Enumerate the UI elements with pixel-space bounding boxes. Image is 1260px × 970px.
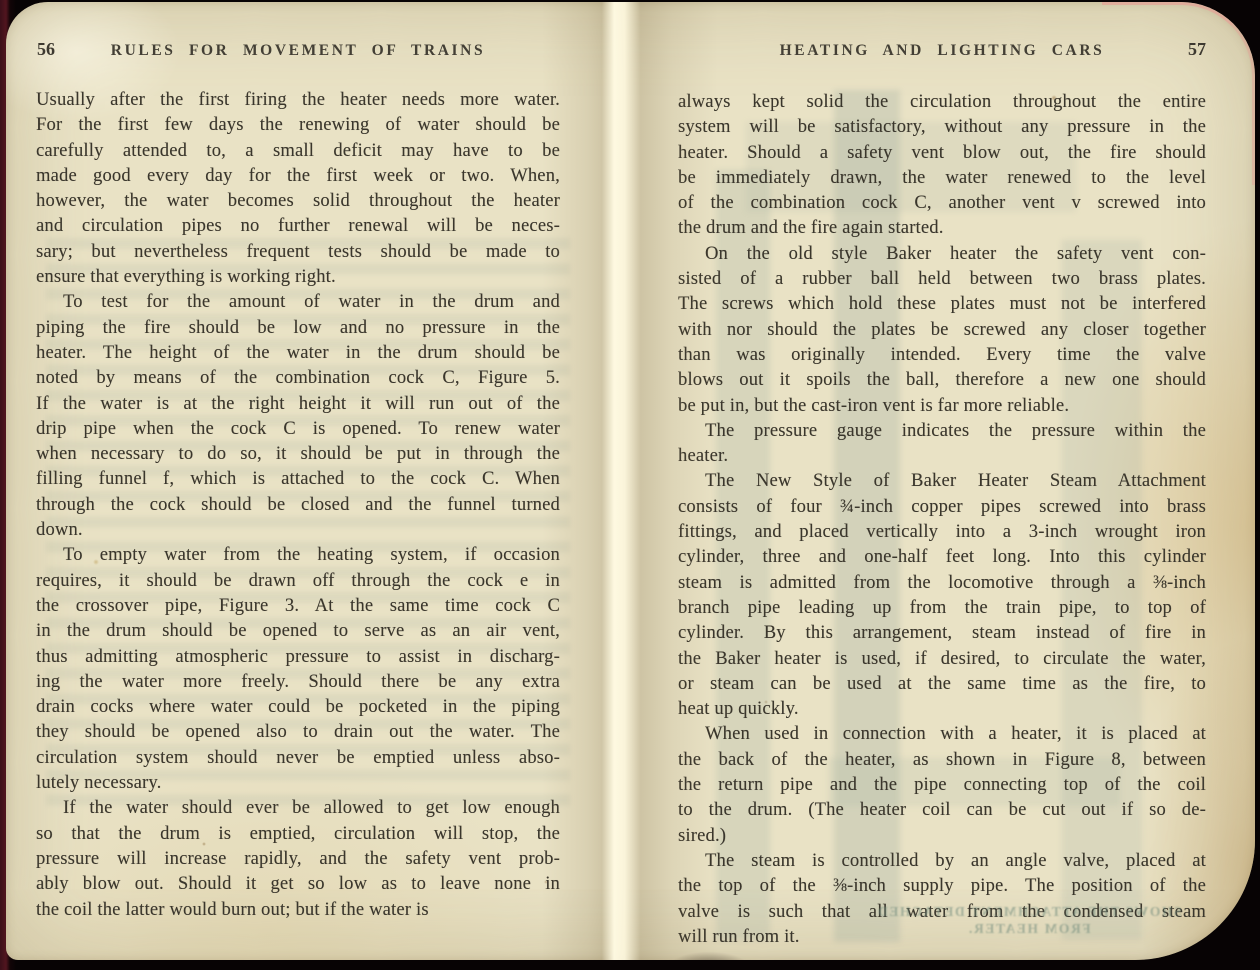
- text-line: the back of the heater, as shown in Figu…: [678, 748, 1206, 773]
- paragraph: If the water should ever be allowed to g…: [36, 796, 560, 922]
- paragraph: The steam is controlled by an angle valv…: [678, 849, 1206, 950]
- text-line: ing the water more freely. Should there …: [36, 670, 560, 695]
- text-line: consists of four ¾-inch copper pipes scr…: [678, 495, 1206, 520]
- text-line: pressure will increase rapidly, and the …: [36, 847, 560, 872]
- text-line: the coil the latter would burn out; but …: [36, 898, 560, 923]
- text-line: carefully attended to, a small deficit m…: [36, 139, 560, 164]
- text-line: drain cocks where water could be pockete…: [36, 695, 560, 720]
- text-column-right: always kept solid the circulation throug…: [678, 90, 1206, 950]
- text-line: to the drum. (The heater coil can be cut…: [678, 798, 1206, 823]
- text-column-left: Usually after the first firing the heate…: [36, 88, 560, 923]
- text-line: cylinder. By this arrangement, steam ins…: [678, 621, 1206, 646]
- text-line: drip pipe when the cock C is opened. To …: [36, 417, 560, 442]
- running-header-left: RULES FOR MOVEMENT OF TRAINS: [36, 42, 560, 60]
- book-spread: 56 RULES FOR MOVEMENT OF TRAINS Usually …: [6, 2, 1255, 960]
- text-line: On the old style Baker heater the safety…: [678, 242, 1206, 267]
- text-line: lutely necessary.: [36, 771, 560, 796]
- text-line: ensure that everything is working right.: [36, 265, 560, 290]
- text-line: If the water is at the right height it w…: [36, 392, 560, 417]
- text-line: The steam is controlled by an angle valv…: [678, 849, 1206, 874]
- text-line: heat up quickly.: [678, 697, 1206, 722]
- text-line: cylinder, three and one-half feet long. …: [678, 545, 1206, 570]
- text-line: Usually after the first firing the heate…: [36, 88, 560, 113]
- paragraph: To empty water from the heating system, …: [36, 543, 560, 796]
- text-line: The New Style of Baker Heater Steam Atta…: [678, 469, 1206, 494]
- text-line: When used in connection with a heater, i…: [678, 722, 1206, 747]
- text-line: system will be satisfactory, without any…: [678, 115, 1206, 140]
- text-line: If the water should ever be allowed to g…: [36, 796, 560, 821]
- text-line: valve is such that all water from the co…: [678, 900, 1206, 925]
- text-line: they should be opened also to drain out …: [36, 720, 560, 745]
- text-line: however, the water becomes solid through…: [36, 189, 560, 214]
- text-line: requires, it should be drawn off through…: [36, 569, 560, 594]
- text-line: the crossover pipe, Figure 3. At the sam…: [36, 594, 560, 619]
- text-line: The screws which hold these plates must …: [678, 292, 1206, 317]
- text-line: of the combination cock C, another vent …: [678, 191, 1206, 216]
- text-line: The pressure gauge indicates the pressur…: [678, 419, 1206, 444]
- text-line: down.: [36, 518, 560, 543]
- text-line: branch pipe leading up from the train pi…: [678, 596, 1206, 621]
- text-line: with nor should the plates be screwed an…: [678, 318, 1206, 343]
- paragraph: always kept solid the circulation throug…: [678, 90, 1206, 242]
- text-line: sisted of a rubber ball held between two…: [678, 267, 1206, 292]
- text-line: heater. The height of the water in the d…: [36, 341, 560, 366]
- text-line: through the cock should be closed and th…: [36, 493, 560, 518]
- text-line: the top of the ⅜-inch supply pipe. The p…: [678, 874, 1206, 899]
- paragraph: The pressure gauge indicates the pressur…: [678, 419, 1206, 470]
- text-line: the return pipe and the pipe connecting …: [678, 773, 1206, 798]
- text-line: ably blow out. Should it get so low as t…: [36, 872, 560, 897]
- text-line: or steam can be used at the same time as…: [678, 672, 1206, 697]
- text-line: To empty water from the heating system, …: [36, 543, 560, 568]
- text-line: steam is admitted from the locomotive th…: [678, 571, 1206, 596]
- text-line: than was originally intended. Every time…: [678, 343, 1206, 368]
- text-line: so that the drum is emptied, circulation…: [36, 822, 560, 847]
- text-line: sary; but nevertheless frequent tests sh…: [36, 240, 560, 265]
- text-line: filling funnel f, which is attached to t…: [36, 467, 560, 492]
- paragraph: To test for the amount of water in the d…: [36, 290, 560, 543]
- text-line: For the first few days the renewing of w…: [36, 113, 560, 138]
- text-line: piping the fire should be low and no pre…: [36, 316, 560, 341]
- page-number-right: 57: [678, 39, 1206, 60]
- text-line: will run from it.: [678, 925, 1206, 950]
- paragraph: When used in connection with a heater, i…: [678, 722, 1206, 848]
- text-line: and circulation pipes no further renewal…: [36, 214, 560, 239]
- text-line: in the drum should be opened to serve as…: [36, 619, 560, 644]
- text-line: heater.: [678, 444, 1206, 469]
- text-line: always kept solid the circulation throug…: [678, 90, 1206, 115]
- text-line: heater. Should a safety vent blow out, t…: [678, 141, 1206, 166]
- text-line: made good every day for the first week o…: [36, 164, 560, 189]
- text-line: noted by means of the combination cock C…: [36, 366, 560, 391]
- text-line: fittings, and placed vertically into a 3…: [678, 520, 1206, 545]
- text-line: circulation system should never be empti…: [36, 746, 560, 771]
- text-line: blows out it spoils the ball, therefore …: [678, 368, 1206, 393]
- text-line: be put in, but the cast-iron vent is far…: [678, 394, 1206, 419]
- text-line: sired.): [678, 824, 1206, 849]
- text-line: be immediately drawn, the water renewed …: [678, 166, 1206, 191]
- text-line: To test for the amount of water in the d…: [36, 290, 560, 315]
- text-line: when necessary to do so, it should be pu…: [36, 442, 560, 467]
- text-line: the Baker heater is used, if desired, to…: [678, 647, 1206, 672]
- paragraph: The New Style of Baker Heater Steam Atta…: [678, 469, 1206, 722]
- text-line: the drum and the fire again started.: [678, 216, 1206, 241]
- paragraph: Usually after the first firing the heate…: [36, 88, 560, 290]
- photographed-book-page: { "book": { "colors": { "paper": "#e9e2c…: [0, 0, 1260, 970]
- paragraph: On the old style Baker heater the safety…: [678, 242, 1206, 419]
- text-line: thus admitting atmospheric pressure to a…: [36, 645, 560, 670]
